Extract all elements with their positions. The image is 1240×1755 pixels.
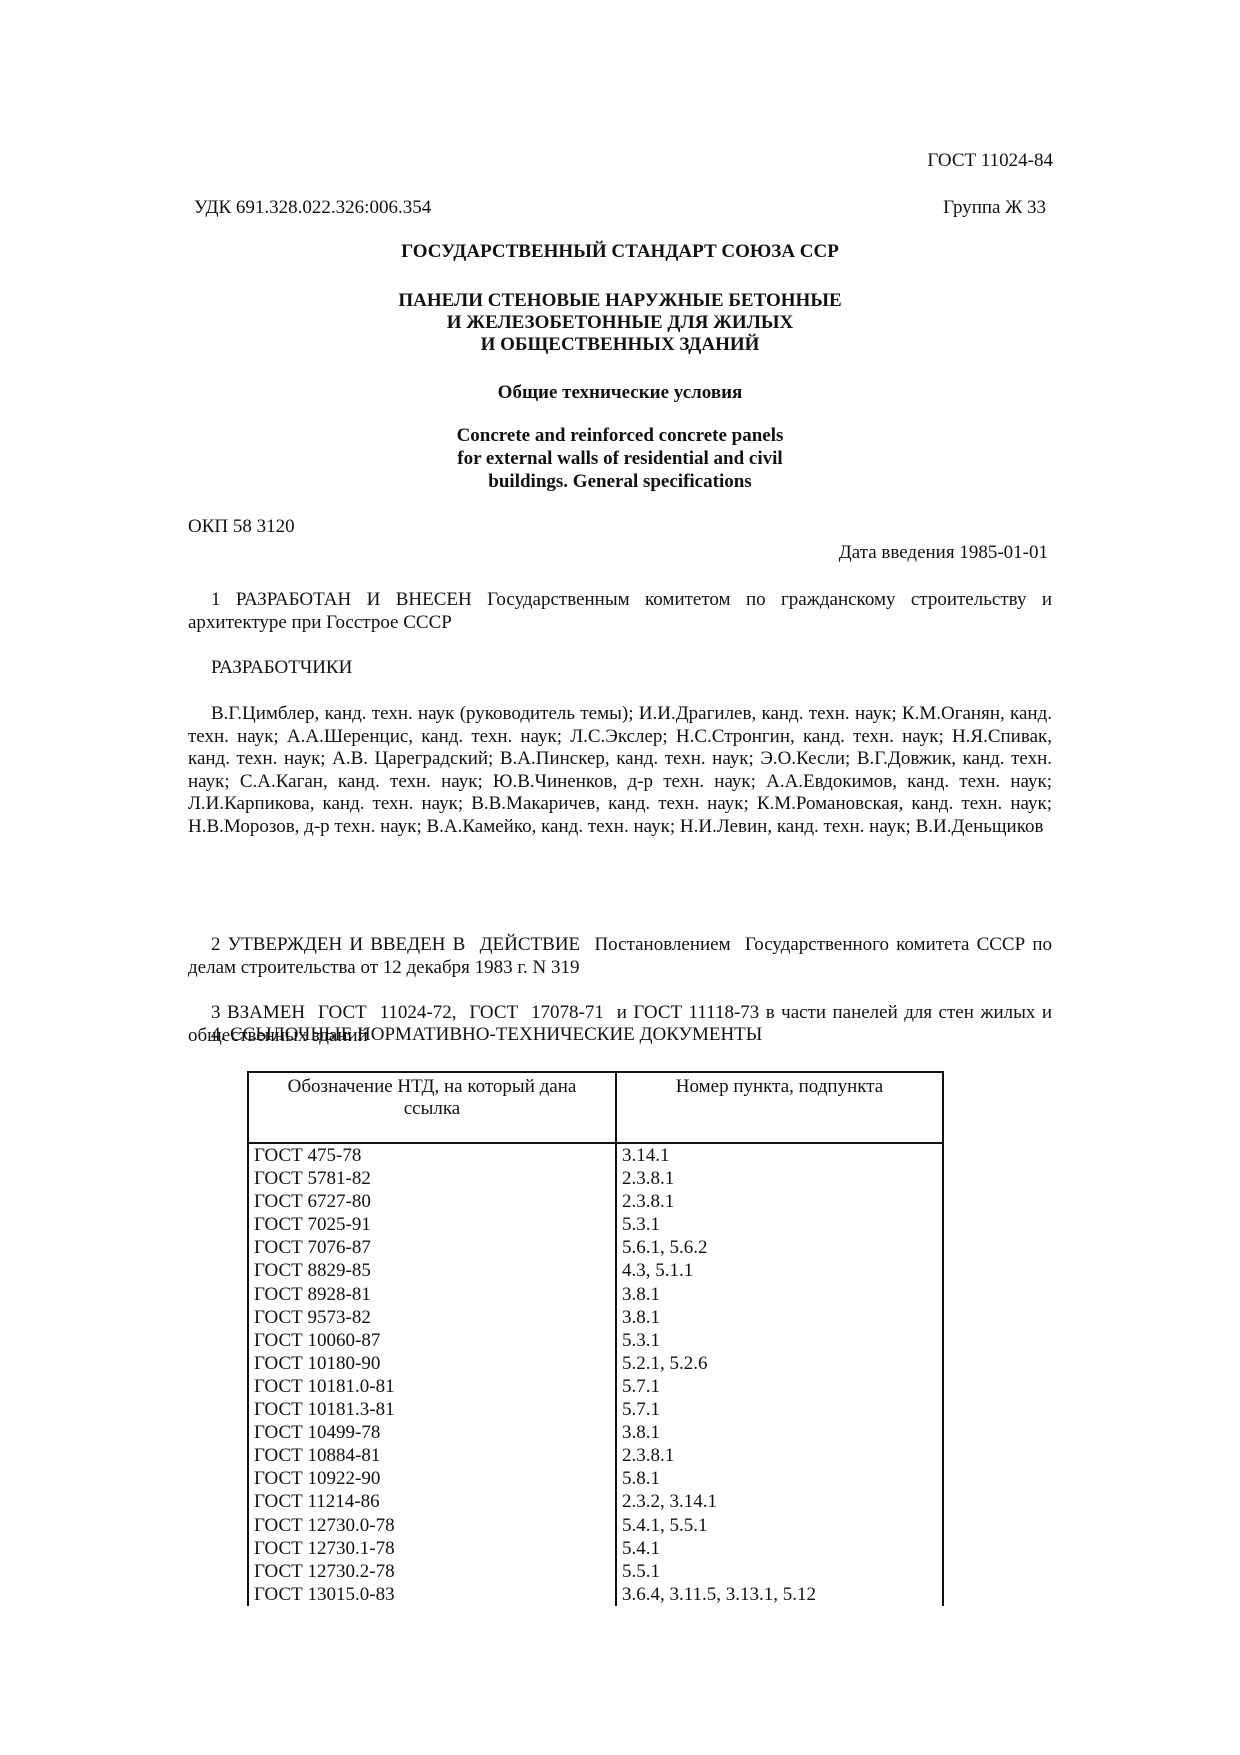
group-code: Группа Ж 33 <box>943 197 1046 219</box>
clause-cell: 5.7.1 <box>616 1398 943 1421</box>
english-title-line-2: for external walls of residential and ci… <box>0 448 1240 470</box>
table-row: ГОСТ 8829-854.3, 5.1.1 <box>248 1259 943 1282</box>
document-cell: ГОСТ 10922-90 <box>248 1467 616 1490</box>
document-cell: ГОСТ 8829-85 <box>248 1259 616 1282</box>
document-cell: ГОСТ 10884-81 <box>248 1444 616 1467</box>
table-row: ГОСТ 10884-812.3.8.1 <box>248 1444 943 1467</box>
clause-cell: 5.3.1 <box>616 1213 943 1236</box>
table-row: ГОСТ 10060-875.3.1 <box>248 1329 943 1352</box>
clause-cell: 2.3.8.1 <box>616 1167 943 1190</box>
table-row: ГОСТ 7076-875.6.1, 5.6.2 <box>248 1236 943 1259</box>
table-row: ГОСТ 10180-905.2.1, 5.2.6 <box>248 1352 943 1375</box>
clause-cell: 3.14.1 <box>616 1143 943 1167</box>
title-line-2: И ЖЕЛЕЗОБЕТОННЫЕ ДЛЯ ЖИЛЫХ <box>0 312 1240 334</box>
clause-cell: 5.5.1 <box>616 1560 943 1583</box>
document-cell: ГОСТ 5781-82 <box>248 1167 616 1190</box>
section-4: 4. ССЫЛОЧНЫЕ НОРМАТИВНО-ТЕХНИЧЕСКИЕ ДОКУ… <box>188 1024 1052 1047</box>
clause-cell: 5.7.1 <box>616 1375 943 1398</box>
document-cell: ГОСТ 10060-87 <box>248 1329 616 1352</box>
document-cell: ГОСТ 7025-91 <box>248 1213 616 1236</box>
table-row: ГОСТ 12730.0-785.4.1, 5.5.1 <box>248 1514 943 1537</box>
table-row: ГОСТ 12730.2-785.5.1 <box>248 1560 943 1583</box>
document-cell: ГОСТ 8928-81 <box>248 1283 616 1306</box>
reference-documents-table: Обозначение НТД, на который дана ссылка … <box>247 1071 944 1606</box>
table-row: ГОСТ 475-783.14.1 <box>248 1143 943 1167</box>
organization-title: ГОСУДАРСТВЕННЫЙ СТАНДАРТ СОЮЗА ССР <box>0 241 1240 263</box>
document-cell: ГОСТ 10181.0-81 <box>248 1375 616 1398</box>
clause-cell: 5.8.1 <box>616 1467 943 1490</box>
table-row: ГОСТ 6727-802.3.8.1 <box>248 1190 943 1213</box>
developers-heading-block: РАЗРАБОТЧИКИ <box>188 657 1052 680</box>
table-row: ГОСТ 11214-862.3.2, 3.14.1 <box>248 1490 943 1513</box>
section-3: 3 ВЗАМЕН ГОСТ 11024-72, ГОСТ 17078-71 и … <box>188 957 1052 1070</box>
document-cell: ГОСТ 475-78 <box>248 1143 616 1167</box>
clause-cell: 5.2.1, 5.2.6 <box>616 1352 943 1375</box>
english-title-line-3: buildings. General specifications <box>0 471 1240 493</box>
document-cell: ГОСТ 6727-80 <box>248 1190 616 1213</box>
clause-cell: 2.3.8.1 <box>616 1444 943 1467</box>
clause-cell: 5.4.1 <box>616 1537 943 1560</box>
table-row: ГОСТ 7025-915.3.1 <box>248 1213 943 1236</box>
section-4-heading: 4. ССЫЛОЧНЫЕ НОРМАТИВНО-ТЕХНИЧЕСКИЕ ДОКУ… <box>188 1024 1052 1047</box>
document-cell: ГОСТ 12730.1-78 <box>248 1537 616 1560</box>
table-row: ГОСТ 10499-783.8.1 <box>248 1421 943 1444</box>
clause-cell: 2.3.2, 3.14.1 <box>616 1490 943 1513</box>
table-row: ГОСТ 12730.1-785.4.1 <box>248 1537 943 1560</box>
introduction-date: Дата введения 1985-01-01 <box>839 542 1048 564</box>
clause-cell: 5.3.1 <box>616 1329 943 1352</box>
document-cell: ГОСТ 12730.2-78 <box>248 1560 616 1583</box>
clause-cell: 5.6.1, 5.6.2 <box>616 1236 943 1259</box>
column-header-clause: Номер пункта, подпункта <box>616 1072 943 1143</box>
table-body: ГОСТ 475-783.14.1ГОСТ 5781-822.3.8.1ГОСТ… <box>248 1143 943 1606</box>
section-1: 1 РАЗРАБОТАН И ВНЕСЕН Государственным ко… <box>188 589 1052 634</box>
table-row: ГОСТ 8928-813.8.1 <box>248 1283 943 1306</box>
clause-cell: 5.4.1, 5.5.1 <box>616 1514 943 1537</box>
document-cell: ГОСТ 11214-86 <box>248 1490 616 1513</box>
subtitle: Общие технические условия <box>0 382 1240 404</box>
clause-cell: 4.3, 5.1.1 <box>616 1259 943 1282</box>
document-cell: ГОСТ 9573-82 <box>248 1306 616 1329</box>
document-cell: ГОСТ 10181.3-81 <box>248 1398 616 1421</box>
clause-cell: 3.6.4, 3.11.5, 3.13.1, 5.12 <box>616 1583 943 1606</box>
document-cell: ГОСТ 13015.0-83 <box>248 1583 616 1606</box>
developers-heading: РАЗРАБОТЧИКИ <box>188 657 1052 680</box>
standard-number: ГОСТ 11024-84 <box>927 150 1053 172</box>
table-row: ГОСТ 10181.3-815.7.1 <box>248 1398 943 1421</box>
table-row: ГОСТ 10922-905.8.1 <box>248 1467 943 1490</box>
developers-text: В.Г.Цимблер, канд. техн. наук (руководит… <box>188 703 1052 839</box>
table-row: ГОСТ 10181.0-815.7.1 <box>248 1375 943 1398</box>
title-line-1: ПАНЕЛИ СТЕНОВЫЕ НАРУЖНЫЕ БЕТОННЫЕ <box>0 290 1240 312</box>
section-1-text: 1 РАЗРАБОТАН И ВНЕСЕН Государственным ко… <box>188 589 1052 634</box>
table-row: ГОСТ 13015.0-833.6.4, 3.11.5, 3.13.1, 5.… <box>248 1583 943 1606</box>
udc-code: УДК 691.328.022.326:006.354 <box>194 197 431 219</box>
table-header-row: Обозначение НТД, на который дана ссылка … <box>248 1072 943 1143</box>
document-cell: ГОСТ 12730.0-78 <box>248 1514 616 1537</box>
title-line-3: И ОБЩЕСТВЕННЫХ ЗДАНИЙ <box>0 334 1240 356</box>
clause-cell: 3.8.1 <box>616 1421 943 1444</box>
document-cell: ГОСТ 10180-90 <box>248 1352 616 1375</box>
okp-code: ОКП 58 3120 <box>188 516 295 538</box>
column-header-document: Обозначение НТД, на который дана ссылка <box>248 1072 616 1143</box>
clause-cell: 3.8.1 <box>616 1283 943 1306</box>
clause-cell: 2.3.8.1 <box>616 1190 943 1213</box>
table-row: ГОСТ 9573-823.8.1 <box>248 1306 943 1329</box>
developers-list: В.Г.Цимблер, канд. техн. наук (руководит… <box>188 703 1052 839</box>
document-cell: ГОСТ 7076-87 <box>248 1236 616 1259</box>
table-row: ГОСТ 5781-822.3.8.1 <box>248 1167 943 1190</box>
clause-cell: 3.8.1 <box>616 1306 943 1329</box>
document-cell: ГОСТ 10499-78 <box>248 1421 616 1444</box>
english-title-line-1: Concrete and reinforced concrete panels <box>0 425 1240 447</box>
